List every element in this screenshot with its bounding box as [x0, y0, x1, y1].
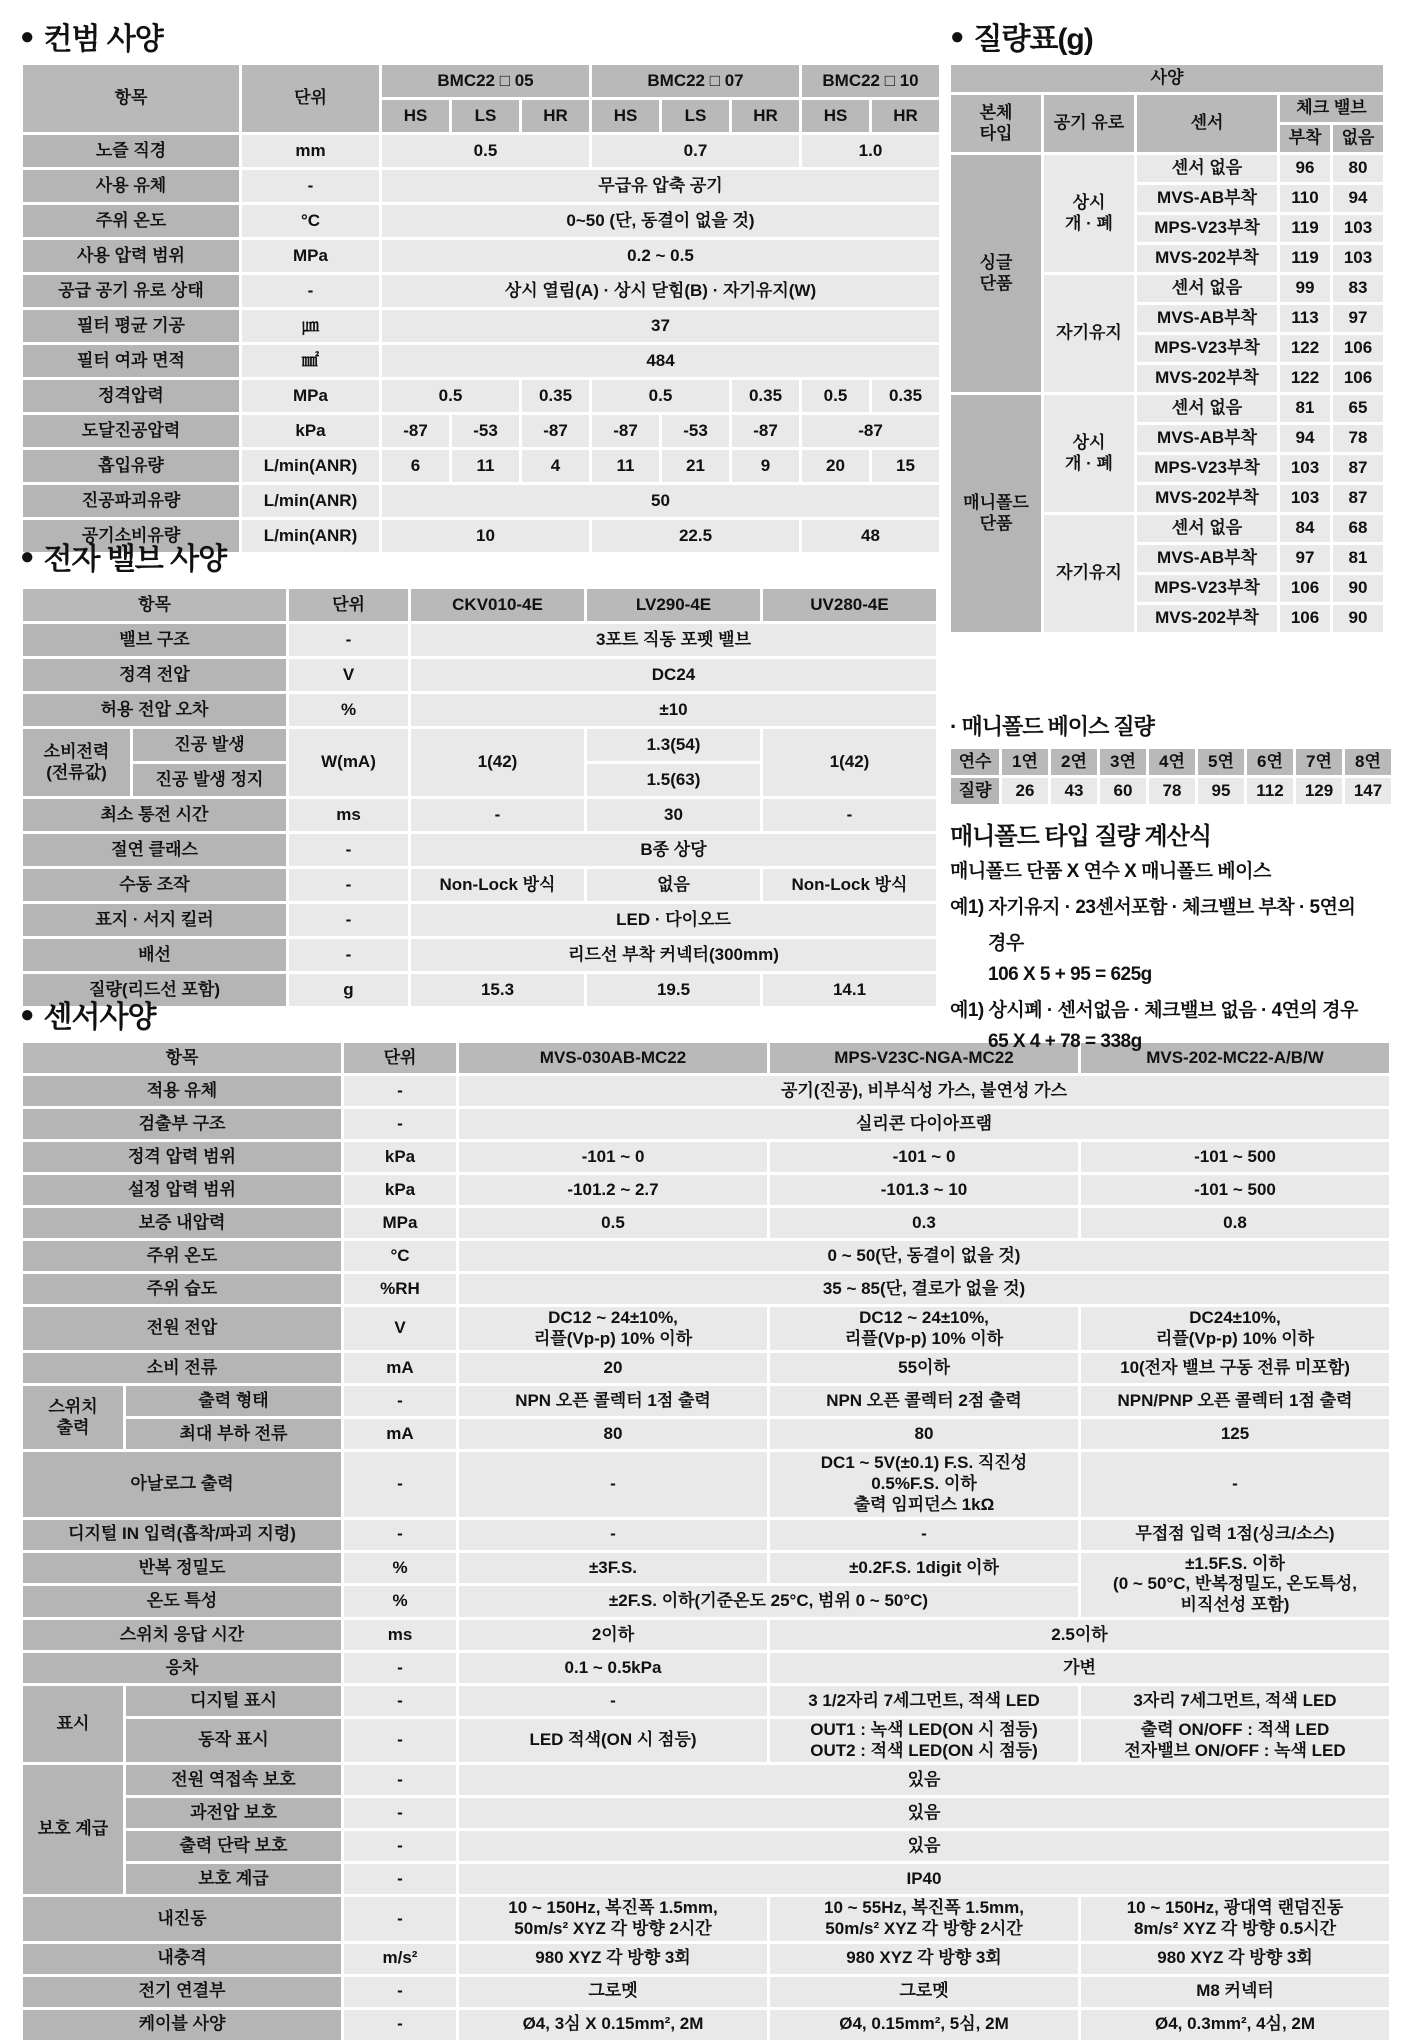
- calc-line: 106 X 5 + 95 = 625g: [950, 964, 1358, 986]
- manifold-base-mass-table: 연수1연2연3연4연5연6연7연8연질량2643607895112129147: [948, 746, 1394, 807]
- data-cell: 센서 없음: [1137, 515, 1277, 542]
- data-cell: kPa: [242, 415, 379, 447]
- sensor-spec-table: 항목단위MVS-030AB-MC22MPS-V23C-NGA-MC22MVS-2…: [20, 1040, 1392, 2043]
- label-cell: 도달진공압력: [23, 415, 239, 447]
- data-cell: %: [289, 694, 408, 726]
- data-cell: 10 ~ 150Hz, 광대역 랜덤진동 8m/s² XYZ 각 방향 0.5시…: [1081, 1897, 1389, 1940]
- data-cell: NPN 오픈 콜렉터 2점 출력: [770, 1386, 1078, 1416]
- data-cell: -87: [592, 415, 659, 447]
- data-cell: MVS-AB부착: [1137, 305, 1277, 332]
- mass-section-title-text: 질량표(g): [974, 14, 1093, 58]
- data-cell: 980 XYZ 각 방향 3회: [459, 1944, 767, 1974]
- header-cell: MVS-030AB-MC22: [459, 1043, 767, 1073]
- label-cell: 보호 계급: [126, 1864, 341, 1894]
- data-cell: 무접점 입력 1점(싱크/소스): [1081, 1520, 1389, 1550]
- data-cell: -: [344, 1719, 456, 1762]
- data-cell: 20: [459, 1353, 767, 1383]
- data-cell: 484: [382, 345, 939, 377]
- data-cell: 0.5: [592, 380, 729, 412]
- header-cell: LS: [452, 100, 519, 132]
- data-cell: 37: [382, 310, 939, 342]
- label-cell: 흡입유량: [23, 450, 239, 482]
- data-cell: -: [344, 1109, 456, 1139]
- data-cell: -101.2 ~ 2.7: [459, 1175, 767, 1205]
- header-cell: 없음: [1333, 125, 1383, 152]
- data-cell: DC12 ~ 24±10%, 리플(Vp-p) 10% 이하: [459, 1307, 767, 1350]
- label-cell: 소비전력 (전류값): [23, 729, 130, 796]
- label-cell: 연수: [951, 749, 999, 775]
- label-cell: 사용 유체: [23, 170, 239, 202]
- header-cell: HS: [382, 100, 449, 132]
- data-cell: 0 ~ 50(단, 동결이 없을 것): [459, 1241, 1389, 1271]
- data-cell: 26: [1002, 778, 1048, 804]
- data-cell: 3포트 직동 포펫 밸브: [411, 624, 936, 656]
- data-cell: L/min(ANR): [242, 485, 379, 517]
- data-cell: 6: [382, 450, 449, 482]
- data-cell: V: [289, 659, 408, 691]
- data-cell: MVS-AB부착: [1137, 545, 1277, 572]
- data-cell: -101.3 ~ 10: [770, 1175, 1078, 1205]
- data-cell: MVS-AB부착: [1137, 185, 1277, 212]
- data-cell: -: [344, 1977, 456, 2007]
- data-cell: 78: [1333, 425, 1383, 452]
- label-cell: 최소 통전 시간: [23, 799, 286, 831]
- data-cell: -: [459, 1686, 767, 1716]
- data-cell: 10: [382, 520, 589, 552]
- data-cell: -: [289, 834, 408, 866]
- data-cell: mm: [242, 135, 379, 167]
- data-cell: 106: [1333, 365, 1383, 392]
- data-cell: %: [344, 1553, 456, 1584]
- label-cell: 케이블 사양: [23, 2010, 341, 2040]
- data-cell: -: [1081, 1452, 1389, 1516]
- header-cell: 단위: [289, 589, 408, 621]
- calc-result-value: 338g: [1100, 1031, 1141, 1052]
- data-cell: 43: [1051, 778, 1097, 804]
- data-cell: 실리콘 다이아프램: [459, 1109, 1389, 1139]
- label-cell: 과전압 보호: [126, 1798, 341, 1828]
- data-cell: 15: [872, 450, 939, 482]
- data-cell: 0.1 ~ 0.5kPa: [459, 1653, 767, 1683]
- calc-line: 매니폴드 단품 X 연수 X 매니폴드 베이스: [950, 856, 1358, 883]
- data-cell: -: [289, 624, 408, 656]
- mass-table: 사양본체 타입공기 유로센서체크 밸브부착없음싱글 단품상시 개 · 폐센서 없…: [948, 62, 1386, 635]
- data-cell: 103: [1280, 485, 1330, 512]
- data-cell: DC24: [411, 659, 936, 691]
- data-cell: 그로멧: [770, 1977, 1078, 2007]
- data-cell: 0.5: [459, 1208, 767, 1238]
- data-cell: Ø4, 0.15mm², 5심, 2M: [770, 2010, 1078, 2040]
- data-cell: 96: [1280, 155, 1330, 182]
- data-cell: 78: [1149, 778, 1195, 804]
- data-cell: -53: [452, 415, 519, 447]
- data-cell: NPN/PNP 오픈 콜렉터 1점 출력: [1081, 1386, 1389, 1416]
- label-cell: 응차: [23, 1653, 341, 1683]
- pump-section-title-text: 컨범 사양: [44, 14, 163, 58]
- data-cell: 87: [1333, 485, 1383, 512]
- label-cell: 전기 연결부: [23, 1977, 341, 2007]
- sensor-section-title-text: 센서사양: [44, 992, 156, 1036]
- data-cell: 68: [1333, 515, 1383, 542]
- data-cell: 상시 개 · 폐: [1044, 155, 1134, 272]
- label-cell: 밸브 구조: [23, 624, 286, 656]
- data-cell: MPS-V23부착: [1137, 215, 1277, 242]
- data-cell: 0.3: [770, 1208, 1078, 1238]
- manifold-base-title: · 매니폴드 베이스 질량: [950, 710, 1154, 741]
- data-cell: -101 ~ 0: [770, 1142, 1078, 1172]
- data-cell: 112: [1247, 778, 1293, 804]
- data-cell: 103: [1280, 455, 1330, 482]
- data-cell: 센서 없음: [1137, 155, 1277, 182]
- data-cell: 55이하: [770, 1353, 1078, 1383]
- data-cell: -: [344, 1452, 456, 1516]
- data-cell: MPS-V23부착: [1137, 575, 1277, 602]
- data-cell: -: [344, 1686, 456, 1716]
- label-cell: 동작 표시: [126, 1719, 341, 1762]
- bullet-icon: ●: [20, 545, 34, 569]
- data-cell: %: [344, 1586, 456, 1617]
- label-cell: 질량: [951, 778, 999, 804]
- header-cell: 항목: [23, 65, 239, 132]
- data-cell: 4: [522, 450, 589, 482]
- header-cell: BMC22 □ 10: [802, 65, 939, 97]
- label-cell: 주위 온도: [23, 1241, 341, 1271]
- data-cell: 있음: [459, 1798, 1389, 1828]
- data-cell: -53: [662, 415, 729, 447]
- data-cell: ㎛: [242, 310, 379, 342]
- header-cell: HR: [732, 100, 799, 132]
- label-cell: 정격 전압: [23, 659, 286, 691]
- data-cell: ms: [344, 1620, 456, 1650]
- data-cell: ±1.5F.S. 이하 (0 ~ 50°C, 반복정밀도, 온도특성, 비직선성…: [1081, 1553, 1389, 1617]
- header-cell: HR: [522, 100, 589, 132]
- data-cell: 0.7: [592, 135, 799, 167]
- pump-spec-table: 항목단위BMC22 □ 05BMC22 □ 07BMC22 □ 10HSLSHR…: [20, 62, 942, 555]
- header-cell: 1연: [1002, 749, 1048, 775]
- data-cell: 10(전자 밸브 구동 전류 미포함): [1081, 1353, 1389, 1383]
- data-cell: 35 ~ 85(단, 결로가 없을 것): [459, 1274, 1389, 1304]
- label-cell: 주위 습도: [23, 1274, 341, 1304]
- pump-section-title: ● 컨범 사양: [20, 14, 163, 58]
- data-cell: 0.5: [382, 135, 589, 167]
- data-cell: 10 ~ 150Hz, 복진폭 1.5mm, 50m/s² XYZ 각 방향 2…: [459, 1897, 767, 1940]
- data-cell: L/min(ANR): [242, 520, 379, 552]
- calc-line: 예1) 자기유지 · 23센서포함 · 체크밸브 부착 · 5연의: [950, 892, 1358, 919]
- data-cell: 87: [1333, 455, 1383, 482]
- header-cell: 7연: [1296, 749, 1342, 775]
- header-cell: 체크 밸브: [1280, 95, 1383, 122]
- data-cell: 출력 ON/OFF : 적색 LED 전자밸브 ON/OFF : 녹색 LED: [1081, 1719, 1389, 1762]
- data-cell: MVS-AB부착: [1137, 425, 1277, 452]
- data-cell: M8 커넥터: [1081, 1977, 1389, 2007]
- data-cell: W(mA): [289, 729, 408, 796]
- data-cell: -: [344, 1798, 456, 1828]
- data-cell: MPa: [242, 240, 379, 272]
- data-cell: 리드선 부착 커넥터(300mm): [411, 939, 936, 971]
- data-cell: 1.3(54): [587, 729, 760, 761]
- label-cell: 전원 전압: [23, 1307, 341, 1350]
- data-cell: 자기유지: [1044, 275, 1134, 392]
- data-cell: 무급유 압축 공기: [382, 170, 939, 202]
- label-cell: 매니폴드 단품: [951, 395, 1041, 632]
- header-cell: HR: [872, 100, 939, 132]
- data-cell: DC24±10%, 리플(Vp-p) 10% 이하: [1081, 1307, 1389, 1350]
- header-cell: LV290-4E: [587, 589, 760, 621]
- data-cell: 97: [1333, 305, 1383, 332]
- header-cell: UV280-4E: [763, 589, 936, 621]
- data-cell: 122: [1280, 365, 1330, 392]
- data-cell: 없음: [587, 869, 760, 901]
- data-cell: 80: [770, 1419, 1078, 1449]
- data-cell: -: [411, 799, 584, 831]
- data-cell: MPa: [344, 1208, 456, 1238]
- data-cell: 3 1/2자리 7세그먼트, 적색 LED: [770, 1686, 1078, 1716]
- data-cell: m/s²: [344, 1944, 456, 1974]
- label-cell: 스위치 응답 시간: [23, 1620, 341, 1650]
- label-cell: 설정 압력 범위: [23, 1175, 341, 1205]
- data-cell: ms: [289, 799, 408, 831]
- header-cell: BMC22 □ 05: [382, 65, 589, 97]
- label-cell: 내충격: [23, 1944, 341, 1974]
- label-cell: 온도 특성: [23, 1586, 341, 1617]
- data-cell: 50: [382, 485, 939, 517]
- header-cell: LS: [662, 100, 729, 132]
- data-cell: Ø4, 0.3mm², 4심, 2M: [1081, 2010, 1389, 2040]
- data-cell: MPS-V23부착: [1137, 455, 1277, 482]
- label-cell: 출력 단락 보호: [126, 1831, 341, 1861]
- label-cell: 노즐 직경: [23, 135, 239, 167]
- label-cell: 전원 역접속 보호: [126, 1765, 341, 1795]
- data-cell: MPS-V23부착: [1137, 335, 1277, 362]
- calc-line: 예1) 상시폐 · 센서없음 · 체크밸브 없음 · 4연의 경우: [950, 995, 1358, 1022]
- data-cell: -: [344, 1076, 456, 1106]
- data-cell: -87: [382, 415, 449, 447]
- data-cell: 0~50 (단, 동결이 없을 것): [382, 205, 939, 237]
- label-cell: 사용 압력 범위: [23, 240, 239, 272]
- header-cell: 공기 유로: [1044, 95, 1134, 152]
- data-cell: 자기유지: [1044, 515, 1134, 632]
- header-cell: 항목: [23, 1043, 341, 1073]
- label-cell: 표시: [23, 1686, 123, 1762]
- data-cell: 센서 없음: [1137, 275, 1277, 302]
- data-cell: -87: [732, 415, 799, 447]
- header-cell: 2연: [1051, 749, 1097, 775]
- data-cell: 그로멧: [459, 1977, 767, 2007]
- data-cell: 106: [1280, 605, 1330, 632]
- data-cell: 0.5: [382, 380, 519, 412]
- data-cell: IP40: [459, 1864, 1389, 1894]
- data-cell: %RH: [344, 1274, 456, 1304]
- label-cell: 절연 클래스: [23, 834, 286, 866]
- data-cell: -: [289, 904, 408, 936]
- label-cell: 주위 온도: [23, 205, 239, 237]
- calc-title: 매니폴드 타입 질량 계산식: [950, 816, 1211, 851]
- data-cell: 95: [1198, 778, 1244, 804]
- data-cell: Non-Lock 방식: [763, 869, 936, 901]
- data-cell: 119: [1280, 245, 1330, 272]
- data-cell: 84: [1280, 515, 1330, 542]
- data-cell: -: [459, 1520, 767, 1550]
- data-cell: -101 ~ 500: [1081, 1142, 1389, 1172]
- data-cell: V: [344, 1307, 456, 1350]
- data-cell: 80: [459, 1419, 767, 1449]
- data-cell: 106: [1280, 575, 1330, 602]
- data-cell: -: [242, 170, 379, 202]
- header-cell: 5연: [1198, 749, 1244, 775]
- label-cell: 싱글 단품: [951, 155, 1041, 392]
- calc-line: 경우: [950, 928, 1358, 955]
- label-cell: 진공 발생 정지: [133, 764, 286, 796]
- data-cell: 30: [587, 799, 760, 831]
- data-cell: 94: [1333, 185, 1383, 212]
- data-cell: Ø4, 3심 X 0.15mm², 2M: [459, 2010, 767, 2040]
- label-cell: 표지 · 서지 킬러: [23, 904, 286, 936]
- header-cell: 3연: [1100, 749, 1146, 775]
- data-cell: -: [344, 1831, 456, 1861]
- header-cell: CKV010-4E: [411, 589, 584, 621]
- label-cell: 보호 계급: [23, 1765, 123, 1894]
- data-cell: kPa: [344, 1142, 456, 1172]
- data-cell: 83: [1333, 275, 1383, 302]
- data-cell: B종 상당: [411, 834, 936, 866]
- data-cell: 센서 없음: [1137, 395, 1277, 422]
- data-cell: 있음: [459, 1831, 1389, 1861]
- data-cell: -87: [802, 415, 939, 447]
- label-cell: 스위치 출력: [23, 1386, 123, 1449]
- data-cell: -: [289, 939, 408, 971]
- label-cell: 공급 공기 유로 상태: [23, 275, 239, 307]
- data-cell: 94: [1280, 425, 1330, 452]
- data-cell: 110: [1280, 185, 1330, 212]
- data-cell: 11: [592, 450, 659, 482]
- data-cell: -101 ~ 500: [1081, 1175, 1389, 1205]
- data-cell: 129: [1296, 778, 1342, 804]
- label-cell: 반복 정밀도: [23, 1553, 341, 1584]
- data-cell: mA: [344, 1353, 456, 1383]
- data-cell: ±2F.S. 이하(기준온도 25°C, 범위 0 ~ 50°C): [459, 1586, 1078, 1617]
- data-cell: -: [344, 2010, 456, 2040]
- data-cell: 980 XYZ 각 방향 3회: [1081, 1944, 1389, 1974]
- catalog-page: { "ui": { "bullet": "●" }, "colors": { "…: [0, 0, 1405, 2042]
- data-cell: DC1 ~ 5V(±0.1) F.S. 직진성 0.5%F.S. 이하 출력 임…: [770, 1452, 1078, 1516]
- data-cell: 1.5(63): [587, 764, 760, 796]
- header-cell: HS: [592, 100, 659, 132]
- calc-line: 65 X 4 + 78 = 338g: [950, 1031, 1358, 1053]
- data-cell: -: [459, 1452, 767, 1516]
- data-cell: 980 XYZ 각 방향 3회: [770, 1944, 1078, 1974]
- data-cell: ㎟: [242, 345, 379, 377]
- data-cell: ±3F.S.: [459, 1553, 767, 1584]
- label-cell: 허용 전압 오차: [23, 694, 286, 726]
- data-cell: 0.35: [522, 380, 589, 412]
- data-cell: 48: [802, 520, 939, 552]
- data-cell: MVS-202부착: [1137, 365, 1277, 392]
- data-cell: 90: [1333, 575, 1383, 602]
- data-cell: kPa: [344, 1175, 456, 1205]
- label-cell: 아날로그 출력: [23, 1452, 341, 1516]
- label-cell: 진공파괴유량: [23, 485, 239, 517]
- header-cell: 단위: [242, 65, 379, 132]
- data-cell: DC12 ~ 24±10%, 리플(Vp-p) 10% 이하: [770, 1307, 1078, 1350]
- header-cell: BMC22 □ 07: [592, 65, 799, 97]
- bullet-icon: ●: [20, 25, 34, 49]
- data-cell: -: [763, 799, 936, 831]
- data-cell: °C: [344, 1241, 456, 1271]
- data-cell: 81: [1333, 545, 1383, 572]
- data-cell: 125: [1081, 1419, 1389, 1449]
- header-cell: 센서: [1137, 95, 1277, 152]
- data-cell: -101 ~ 0: [459, 1142, 767, 1172]
- sensor-section-title: ● 센서사양: [20, 992, 155, 1036]
- header-cell: 6연: [1247, 749, 1293, 775]
- data-cell: -: [344, 1864, 456, 1894]
- label-cell: 디지털 표시: [126, 1686, 341, 1716]
- data-cell: 1(42): [411, 729, 584, 796]
- label-cell: 최대 부하 전류: [126, 1419, 341, 1449]
- data-cell: LED · 다이오드: [411, 904, 936, 936]
- data-cell: 21: [662, 450, 729, 482]
- header-cell: 단위: [344, 1043, 456, 1073]
- calc-lines: 매니폴드 단품 X 연수 X 매니폴드 베이스예1) 자기유지 · 23센서포함…: [950, 856, 1358, 1062]
- data-cell: 상시 개 · 폐: [1044, 395, 1134, 512]
- label-cell: 적용 유체: [23, 1076, 341, 1106]
- mass-section-title: ● 질량표(g): [950, 14, 1093, 58]
- data-cell: ±10: [411, 694, 936, 726]
- label-cell: 검출부 구조: [23, 1109, 341, 1139]
- data-cell: -87: [522, 415, 589, 447]
- data-cell: 10 ~ 55Hz, 복진폭 1.5mm, 50m/s² XYZ 각 방향 2시…: [770, 1897, 1078, 1940]
- data-cell: ±0.2F.S. 1digit 이하: [770, 1553, 1078, 1584]
- header-cell: HS: [802, 100, 869, 132]
- data-cell: -: [344, 1897, 456, 1940]
- data-cell: 20: [802, 450, 869, 482]
- data-cell: -: [344, 1520, 456, 1550]
- header-cell: 사양: [951, 65, 1383, 92]
- data-cell: 1(42): [763, 729, 936, 796]
- data-cell: 19.5: [587, 974, 760, 1006]
- data-cell: g: [289, 974, 408, 1006]
- label-cell: 출력 형태: [126, 1386, 341, 1416]
- data-cell: 80: [1333, 155, 1383, 182]
- data-cell: 0.8: [1081, 1208, 1389, 1238]
- label-cell: 필터 평균 기공: [23, 310, 239, 342]
- data-cell: -: [344, 1653, 456, 1683]
- data-cell: 공기(진공), 비부식성 가스, 불연성 가스: [459, 1076, 1389, 1106]
- data-cell: 99: [1280, 275, 1330, 302]
- data-cell: 90: [1333, 605, 1383, 632]
- data-cell: -: [770, 1520, 1078, 1550]
- data-cell: NPN 오픈 콜렉터 1점 출력: [459, 1386, 767, 1416]
- header-cell: 부착: [1280, 125, 1330, 152]
- header-cell: 4연: [1149, 749, 1195, 775]
- data-cell: 14.1: [763, 974, 936, 1006]
- valve-spec-table: 항목단위CKV010-4ELV290-4EUV280-4E밸브 구조-3포트 직…: [20, 586, 939, 1009]
- label-cell: 배선: [23, 939, 286, 971]
- bullet-icon: ●: [950, 25, 964, 49]
- data-cell: 97: [1280, 545, 1330, 572]
- data-cell: MVS-202부착: [1137, 245, 1277, 272]
- data-cell: 15.3: [411, 974, 584, 1006]
- header-cell: 본체 타입: [951, 95, 1041, 152]
- label-cell: 필터 여과 면적: [23, 345, 239, 377]
- data-cell: 1.0: [802, 135, 939, 167]
- calc-result-value: 625g: [1110, 964, 1151, 985]
- label-cell: 진공 발생: [133, 729, 286, 761]
- data-cell: MVS-202부착: [1137, 485, 1277, 512]
- data-cell: 2이하: [459, 1620, 767, 1650]
- header-cell: 항목: [23, 589, 286, 621]
- data-cell: 11: [452, 450, 519, 482]
